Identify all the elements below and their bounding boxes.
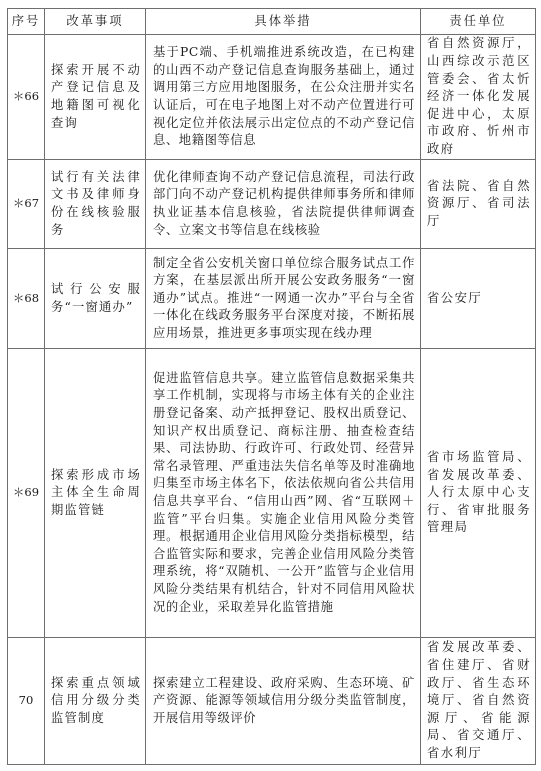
table-row: ＊66 探索开展不动产登记信息及地籍图可视化查询 基于PC端、手机端推进系统改造… [8,35,536,160]
table-header-row: 序号 改革事项 具体举措 责任单位 [8,9,536,35]
specific-measure: 优化律师查询不动产登记信息流程，司法行政部门向不动产登记机构提供律师事务所和律师… [146,160,421,249]
reform-item: 探索重点领域信用分级分类监管制度 [45,638,146,765]
header-no: 序号 [8,9,45,35]
reform-item: 试行公安服务“一窗通办” [45,249,146,349]
responsible-unit: 省发展改革委、省住建厅、省财政厅、省生态环境厅、省自然资源厅、省能源局、省交通厅… [421,638,536,765]
reform-item: 探索形成市场主体全生命周期监管链 [45,349,146,638]
header-item: 改革事项 [45,9,146,35]
row-number: ＊69 [8,349,45,638]
specific-measure: 探索建立工程建设、政府采购、生态环境、矿产资源、能源等领域信用分级分类监管制度，… [146,638,421,765]
responsible-unit: 省市场监管局、省发展改革委、人行太原中心支行、省审批服务管理局 [421,349,536,638]
responsible-unit: 省自然资源厅，山西综改示范区管委会、省太忻经济一体化发展促进中心，太原市政府、忻… [421,35,536,160]
reform-item: 试行有关法律文书及律师身份在线核验服务 [45,160,146,249]
row-number: 70 [8,638,45,765]
row-number: ＊68 [8,249,45,349]
responsible-unit: 省公安厅 [421,249,536,349]
row-number: ＊66 [8,35,45,160]
specific-measure: 基于PC端、手机端推进系统改造，在已构建的山西不动产登记信息查询服务基础上，通过… [146,35,421,160]
specific-measure: 制定全省公安机关窗口单位综合服务试点工作方案，在基层派出所开展公安政务服务“一窗… [146,249,421,349]
header-measure: 具体举措 [146,9,421,35]
specific-measure: 促进监管信息共享。建立监管信息数据采集共享工作机制，实现将与市场主体有关的企业注… [146,349,421,638]
header-unit: 责任单位 [421,9,536,35]
row-number: ＊67 [8,160,45,249]
reform-item: 探索开展不动产登记信息及地籍图可视化查询 [45,35,146,160]
table-row: ＊69 探索形成市场主体全生命周期监管链 促进监管信息共享。建立监管信息数据采集… [8,349,536,638]
table-row: ＊68 试行公安服务“一窗通办” 制定全省公安机关窗口单位综合服务试点工作方案，… [8,249,536,349]
reform-measures-table: 序号 改革事项 具体举措 责任单位 ＊66 探索开展不动产登记信息及地籍图可视化… [7,8,536,765]
responsible-unit: 省法院、省自然资源厅、省司法厅 [421,160,536,249]
table-row: 70 探索重点领域信用分级分类监管制度 探索建立工程建设、政府采购、生态环境、矿… [8,638,536,765]
table-row: ＊67 试行有关法律文书及律师身份在线核验服务 优化律师查询不动产登记信息流程，… [8,160,536,249]
